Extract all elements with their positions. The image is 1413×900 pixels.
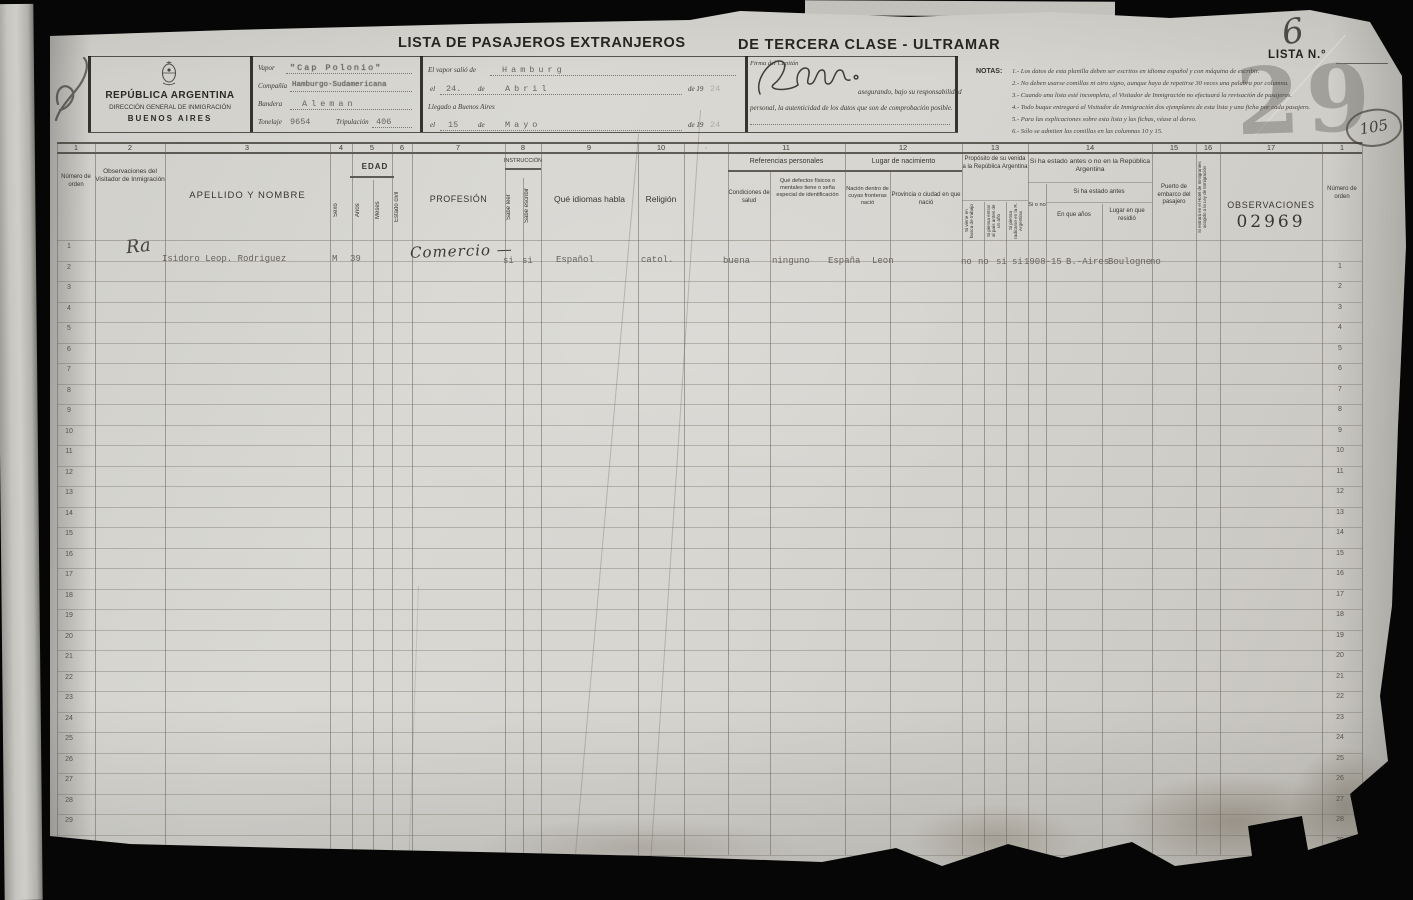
row-number-right: 23 xyxy=(1322,714,1358,721)
row-number-right: 21 xyxy=(1322,673,1358,680)
header-col18: Número de orden xyxy=(1322,186,1362,201)
header-col3: APELLIDO Y NOMBRE xyxy=(165,190,330,202)
table-row-line xyxy=(57,794,1362,795)
column-number: 3 xyxy=(232,143,262,152)
header-col1: Número de orden xyxy=(57,174,95,189)
row-number-left: 25 xyxy=(57,735,81,742)
row-number-left: 5 xyxy=(57,325,81,332)
table-subcolumn-line xyxy=(1006,202,1007,855)
header-estado-civil: Estado civil xyxy=(394,178,410,236)
table-column-line xyxy=(95,142,96,855)
table-row-line xyxy=(57,486,1362,487)
row-number-left: 17 xyxy=(57,571,81,578)
header-col10: Religión xyxy=(638,194,684,205)
table-row-line xyxy=(57,466,1362,467)
de-label-2: de xyxy=(478,121,485,129)
header-col14b-group: Si ha estado antes xyxy=(1046,188,1152,196)
table-row-line xyxy=(57,261,1362,262)
row-number-left: 29 xyxy=(57,817,81,824)
el-label: el xyxy=(430,85,435,93)
table-row-line xyxy=(57,630,1362,631)
row-number-right: 14 xyxy=(1322,529,1358,536)
row-number-left: 13 xyxy=(57,489,81,496)
observaciones-stamp: 02969 xyxy=(1220,212,1322,233)
de19-label: de 19 xyxy=(688,85,703,93)
header-col13b: Si piensa entrar al país antes de un año xyxy=(986,203,1004,239)
tonelaje-label: Tonelaje xyxy=(258,118,282,126)
row-number-right: 7 xyxy=(1322,386,1358,393)
table-row-line xyxy=(57,445,1362,446)
table-row-line xyxy=(57,548,1362,549)
row-number-right: 12 xyxy=(1322,488,1358,495)
row-number-left: 8 xyxy=(57,387,81,394)
table-column-line xyxy=(845,142,846,855)
notas-label: NOTAS: xyxy=(976,68,1002,75)
table-column-line xyxy=(1152,142,1153,855)
row-number-left: 22 xyxy=(57,674,81,681)
column-number: 16 xyxy=(1193,143,1223,152)
row-number-right: 17 xyxy=(1322,591,1358,598)
column-number: 8 xyxy=(508,143,538,152)
passenger-name: Isidoro Leop. Rodriguez xyxy=(162,254,286,264)
tonelaje-value: 9654 xyxy=(290,117,310,127)
header-col11a: Condiciones de salud xyxy=(728,190,770,205)
photo-scene: LISTA DE PASAJEROS EXTRANJEROS DE TERCER… xyxy=(0,0,1413,900)
column-number: 11 xyxy=(771,143,801,152)
table-column-line xyxy=(505,142,506,855)
row-number-left: 18 xyxy=(57,592,81,599)
row-number-left: 28 xyxy=(57,797,81,804)
column-number: 6 xyxy=(387,143,417,152)
column-number: 14 xyxy=(1075,143,1105,152)
header-col2: Observaciones del Visitador de Inmigraci… xyxy=(95,168,165,184)
table-column-line xyxy=(1196,142,1197,855)
row-number-right: 13 xyxy=(1322,509,1358,516)
column-number: 5 xyxy=(357,143,387,152)
passenger-sexo: M xyxy=(332,254,337,264)
table-row-line xyxy=(57,363,1362,364)
header-col13-group: Propósito de su venida a la República Ar… xyxy=(962,156,1028,171)
visitador-handwritten-mark: Ra xyxy=(125,235,152,258)
underlying-page-edge xyxy=(0,4,43,900)
row-number-right: 16 xyxy=(1322,570,1358,577)
row-number-right: 22 xyxy=(1322,693,1358,700)
header-col14b1: En que años xyxy=(1046,212,1102,220)
row-number-left: 20 xyxy=(57,633,81,640)
column-number: 7 xyxy=(443,143,473,152)
bandera-label: Bandera xyxy=(258,100,282,108)
table-row-line xyxy=(57,691,1362,692)
row-number-left: 10 xyxy=(57,428,81,435)
header-col7: PROFESIÓN xyxy=(412,194,505,205)
table-subcolumn-line xyxy=(1046,184,1047,855)
paper-stain xyxy=(1290,746,1400,866)
table-column-line xyxy=(1322,142,1323,855)
table-column-line xyxy=(1220,142,1221,855)
table-row-line xyxy=(57,568,1362,569)
header-col15: Puerto de embarco del pasajero xyxy=(1152,184,1196,207)
row-number-left: 15 xyxy=(57,530,81,537)
table-column-line xyxy=(1362,142,1363,855)
row-number-left: 21 xyxy=(57,653,81,660)
llegado-year-value: 24 xyxy=(710,120,720,130)
table-row-line xyxy=(57,240,1362,241)
passenger-profesion: Comercio — xyxy=(410,240,513,262)
vapor-label: Vapor xyxy=(258,64,275,72)
table-row-line xyxy=(57,343,1362,344)
nota-item: 5.- Para las explicaciones sobre esta li… xyxy=(1012,116,1197,123)
column-number: 12 xyxy=(888,143,918,152)
row-number-right: 2 xyxy=(1322,283,1358,290)
header-col11-group: Referencias personales xyxy=(728,158,845,167)
row-number-left: 23 xyxy=(57,694,81,701)
header-sabe-escribir: Sabe escribir xyxy=(524,174,539,236)
box-border-bottom xyxy=(88,132,958,133)
header-col12b: Provincia o ciudad en que nació xyxy=(891,192,961,207)
column-number: 2 xyxy=(115,143,145,152)
row-number-left: 6 xyxy=(57,346,81,353)
argentina-coat-of-arms-icon xyxy=(159,60,179,86)
column-number: 10 xyxy=(646,143,676,152)
compania-value: Hamburgo-Sudamericana xyxy=(292,81,387,89)
table-subcolumn-line xyxy=(984,202,985,855)
column-number: 1 xyxy=(61,143,91,152)
table-column-line xyxy=(1028,142,1029,855)
row-number-left: 2 xyxy=(57,264,81,271)
row-number-right: 20 xyxy=(1322,652,1358,659)
row-number-right: 9 xyxy=(1322,427,1358,434)
box-divider xyxy=(745,56,748,132)
row-number-right: 10 xyxy=(1322,447,1358,454)
table-row-line xyxy=(57,609,1362,610)
header-col13a: Si viene en busca de trabajo xyxy=(964,203,982,239)
paper-crease xyxy=(649,110,701,878)
row-number-left: 7 xyxy=(57,366,81,373)
box-divider xyxy=(420,56,423,132)
row-number-left: 27 xyxy=(57,776,81,783)
col14-underline xyxy=(1028,182,1152,183)
passenger-en-que-anos: 1908-15 xyxy=(1024,257,1062,267)
header-instruccion-group: INSTRUCCIÓN xyxy=(502,158,544,165)
row-number-left: 16 xyxy=(57,551,81,558)
table-row-line xyxy=(57,671,1362,672)
fill-line xyxy=(286,73,412,74)
column-number: 17 xyxy=(1256,143,1286,152)
header-col12-group: Lugar de nacimiento xyxy=(845,158,962,167)
row-number-left: 14 xyxy=(57,510,81,517)
table-row-line xyxy=(57,814,1362,815)
header-sexo: Sexo xyxy=(333,184,349,236)
row-number-right: 1 xyxy=(1322,263,1358,270)
header-col9: Qué idiomas habla xyxy=(541,194,638,205)
tripulacion-label: Tripulación xyxy=(336,118,369,126)
salio-label: El vapor salió de xyxy=(428,66,476,74)
header-col14b2: Lugar en que residió xyxy=(1102,208,1152,223)
referencias-underline xyxy=(728,170,845,172)
table-border xyxy=(57,152,1362,154)
row-number-right: 5 xyxy=(1322,345,1358,352)
nota-item: 4.- Todo buque entregará al Visitador de… xyxy=(1012,104,1310,111)
row-number-left: 11 xyxy=(57,448,81,455)
header-sabe-leer: Sabe leer xyxy=(506,178,521,236)
el-label-2: el xyxy=(430,121,435,129)
fill-line xyxy=(372,127,412,128)
table-row-line xyxy=(57,322,1362,323)
org-city: BUENOS AIRES xyxy=(94,114,246,123)
table-row-line xyxy=(57,753,1362,754)
fill-line xyxy=(290,91,412,92)
fill-line xyxy=(750,124,950,125)
instruccion-underline xyxy=(505,168,541,170)
salio-day-value: 24. xyxy=(446,84,461,94)
row-number-left: 30 xyxy=(57,838,81,845)
header-edad-group: EDAD xyxy=(345,162,405,172)
table-row-line xyxy=(57,589,1362,590)
vapor-value: "Cap Polonio" xyxy=(290,63,382,73)
table-column-line xyxy=(541,142,542,855)
table-row-line xyxy=(57,425,1362,426)
table-column-line xyxy=(962,142,963,855)
salio-port-value: Hamburg xyxy=(502,65,566,75)
header-col11b: Qué defectos físicos o mentales tiene o … xyxy=(771,178,844,199)
box-divider xyxy=(88,56,91,132)
org-department: DIRECCIÓN GENERAL DE INMIGRACIÓN xyxy=(90,104,250,111)
row-number-left: 3 xyxy=(57,284,81,291)
row-number-right: 6 xyxy=(1322,365,1358,372)
llegado-label: Llegado a Buenos Aires xyxy=(428,103,495,111)
fill-line xyxy=(490,75,736,76)
row-number-right: 3 xyxy=(1322,304,1358,311)
table-column-line xyxy=(638,142,639,855)
table-row-line xyxy=(57,384,1362,385)
row-number-right: 18 xyxy=(1322,611,1358,618)
table-row-line xyxy=(57,773,1362,774)
header-col13c: Si piensa radicarse en la R. Argentina xyxy=(1008,203,1026,239)
header-col14-group: Si ha estado antes o no en la República … xyxy=(1028,158,1152,175)
row-number-right: 27 xyxy=(1322,796,1358,803)
table-row-line xyxy=(57,835,1362,836)
row-number-right: 24 xyxy=(1322,734,1358,741)
table-row-line xyxy=(57,281,1362,282)
row-number-left: 4 xyxy=(57,305,81,312)
row-number-right: 25 xyxy=(1322,755,1358,762)
captain-statement-1: asegurando, bajo su responsabilidad xyxy=(858,88,962,96)
column-number: 9 xyxy=(574,143,604,152)
llegado-month-value: Mayo xyxy=(505,120,541,130)
llegado-day-value: 15 xyxy=(448,120,458,130)
column-number: 4 xyxy=(326,143,356,152)
column-number: · xyxy=(691,143,721,152)
paper-stain xyxy=(480,818,800,878)
header-meses: Meses xyxy=(375,184,389,236)
column-number: 15 xyxy=(1159,143,1189,152)
captain-statement-2: personal, la autenticidad de los datos q… xyxy=(750,104,953,112)
row-number-right: 28 xyxy=(1322,816,1358,823)
page-subtitle: DE TERCERA CLASE - ULTRAMAR xyxy=(738,37,1000,53)
salio-year-value: 24 xyxy=(710,84,720,94)
nota-item: 1.- Los datos de esta planilla deben ser… xyxy=(1012,68,1259,75)
table-row-line xyxy=(57,404,1362,405)
header-col12a: Nación dentro de cuyas fronteras nació xyxy=(846,186,889,207)
compania-label: Compañía xyxy=(258,82,287,90)
table-row-line xyxy=(57,732,1362,733)
row-number-right: 29 xyxy=(1322,837,1358,844)
bandera-value: Aleman xyxy=(302,99,357,109)
row-number-left: 26 xyxy=(57,756,81,763)
table-column-line xyxy=(728,142,729,855)
row-number-right: 19 xyxy=(1322,632,1358,639)
nota-item: 2.- No deben usarse comillas ni otro sig… xyxy=(1012,80,1289,87)
col14b-underline xyxy=(1046,202,1152,203)
passenger-puerto-embarco: Boulogne xyxy=(1108,257,1151,267)
nota-item: 6.- Sólo se admiten las comillas en las … xyxy=(1012,128,1163,135)
passenger-estado-antes: si xyxy=(1012,257,1023,267)
edad-underline xyxy=(350,176,394,178)
table-column-line xyxy=(412,142,413,855)
header-col16: Si entrará en el Hotel de Inmigrantes ac… xyxy=(1198,156,1218,238)
paper-crease xyxy=(573,134,639,873)
row-number-right: 4 xyxy=(1322,324,1358,331)
row-number-right: 26 xyxy=(1322,775,1358,782)
row-number-left: 12 xyxy=(57,469,81,476)
table-column-line xyxy=(330,142,331,855)
table-row-line xyxy=(57,650,1362,651)
header-col14a: Si o no xyxy=(1028,202,1046,210)
salio-month-value: Abril xyxy=(505,84,551,94)
row-number-left: 19 xyxy=(57,612,81,619)
row-number-left: 1 xyxy=(57,243,81,250)
fill-line xyxy=(290,109,412,110)
header-col17: OBSERVACIONES xyxy=(1220,200,1322,211)
box-divider xyxy=(250,56,253,132)
row-number-right: 15 xyxy=(1322,550,1358,557)
table-row-line xyxy=(57,302,1362,303)
org-name: REPÚBLICA ARGENTINA xyxy=(94,90,246,101)
table-column-line xyxy=(684,142,685,855)
document-sheet: LISTA DE PASAJEROS EXTRANJEROS DE TERCER… xyxy=(50,6,1413,898)
de-label: de xyxy=(478,85,485,93)
row-number-left: 24 xyxy=(57,715,81,722)
lugar-underline xyxy=(845,170,962,172)
de19-label-2: de 19 xyxy=(688,121,703,129)
row-number-left: 9 xyxy=(57,407,81,414)
table-column-line xyxy=(392,142,393,855)
table-row-line xyxy=(57,507,1362,508)
table-row-line xyxy=(57,712,1362,713)
table-column-line xyxy=(352,142,353,855)
nota-item: 3.- Cuando una lista esté incompleta, el… xyxy=(1012,92,1292,99)
row-number-right: 11 xyxy=(1322,468,1358,475)
column-number: 1 xyxy=(1327,143,1357,152)
fill-line xyxy=(440,94,682,95)
proposito-underline xyxy=(962,200,1028,201)
row-number-right: 8 xyxy=(1322,406,1358,413)
paper-crease xyxy=(409,586,419,856)
table-row-line xyxy=(57,527,1362,528)
column-number: 13 xyxy=(980,143,1010,152)
header-anos: Años xyxy=(355,184,369,236)
fill-line xyxy=(440,130,682,131)
page-title: LISTA DE PASAJEROS EXTRANJEROS xyxy=(398,35,686,51)
table-column-line xyxy=(165,142,166,855)
table-row-line xyxy=(57,855,1362,856)
tripulacion-value: 406 xyxy=(376,117,391,127)
